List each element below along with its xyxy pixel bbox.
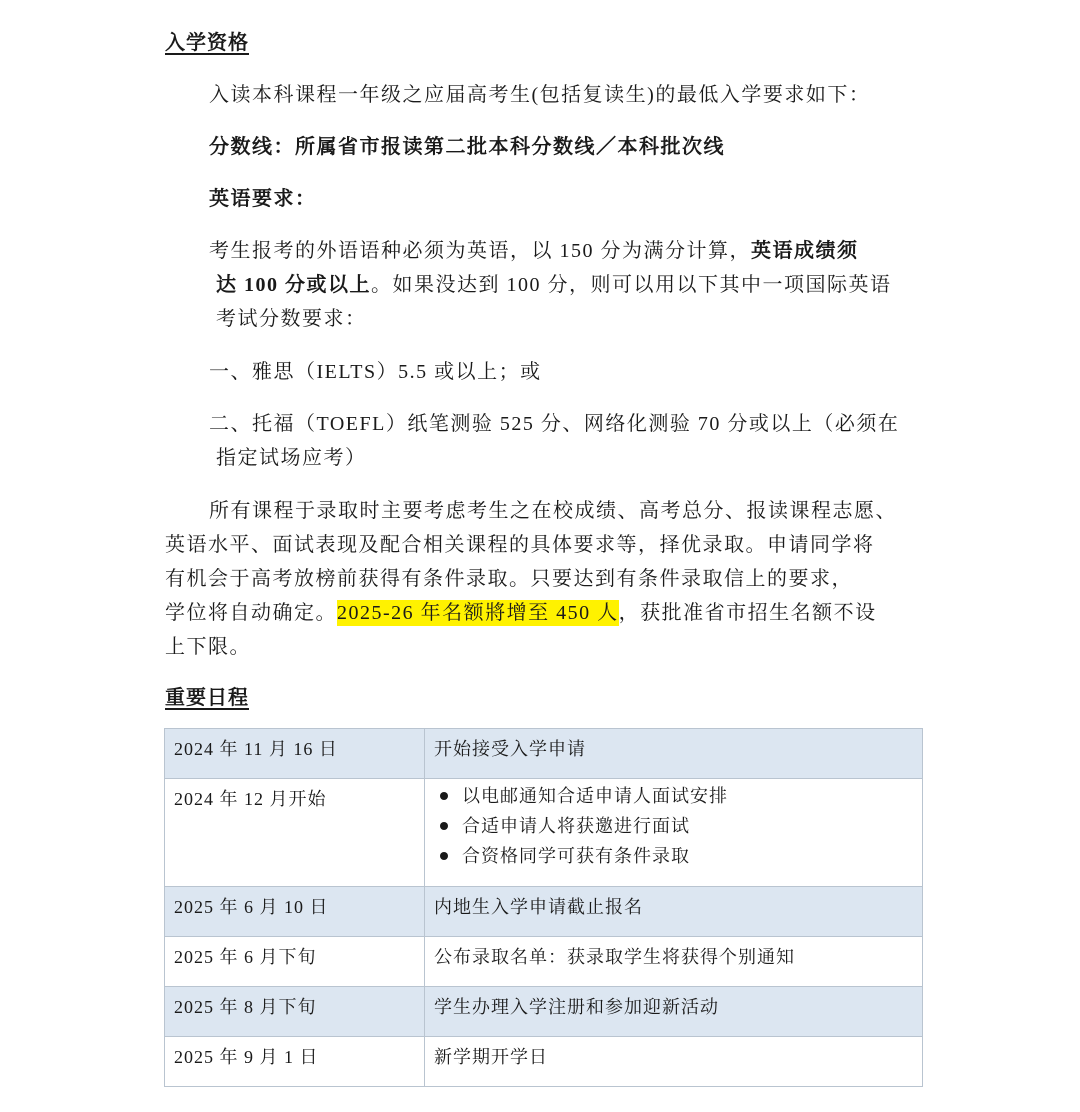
event-bullet-list: 以电邮通知合适申请人面试安排 合适申请人将获邀进行面试 合资格同学可获有条件录取 bbox=[434, 785, 914, 875]
table-row: 2025 年 6 月下旬 公布录取名单：获录取学生将获得个别通知 bbox=[165, 937, 923, 987]
schedule-date: 2024 年 11 月 16 日 bbox=[165, 729, 425, 779]
schedule-event: 内地生入学申请截止报名 bbox=[425, 887, 923, 937]
paragraph-text: ，获批准省市招生名额不设 bbox=[619, 602, 877, 624]
score-line-text: 分数线：所属省市报读第二批本科分数线／本科批次线 bbox=[209, 130, 725, 159]
admission-paragraph-line-5: 上下限。 bbox=[165, 630, 251, 659]
toefl-requirement-line-2: 指定试场应考） bbox=[216, 441, 367, 470]
admission-paragraph-line-2: 英语水平、面试表现及配合相关课程的具体要求等，择优录取。申请同学将 bbox=[165, 528, 875, 557]
toefl-requirement-line-1: 二、托福（TOEFL）纸笔测验 525 分、网络化测验 70 分或以上（必须在 bbox=[209, 407, 899, 436]
english-score-bold: 达 100 分或以上 bbox=[216, 274, 371, 296]
list-item: 合资格同学可获有条件录取 bbox=[434, 845, 914, 875]
admission-paragraph-line-3: 有机会于高考放榜前获得有条件录取。只要达到有条件录取信上的要求， bbox=[165, 562, 853, 591]
ielts-requirement: 一、雅思（IELTS）5.5 或以上；或 bbox=[209, 355, 542, 384]
schedule-event: 学生办理入学注册和参加迎新活动 bbox=[425, 987, 923, 1037]
table-row: 2025 年 6 月 10 日 内地生入学申请截止报名 bbox=[165, 887, 923, 937]
bullet-icon bbox=[440, 852, 448, 860]
schedule-date: 2025 年 6 月 10 日 bbox=[165, 887, 425, 937]
bullet-text: 合资格同学可获有条件录取 bbox=[462, 846, 690, 866]
schedule-date: 2025 年 9 月 1 日 bbox=[165, 1037, 425, 1087]
intro-text: 入读本科课程一年级之应届高考生(包括复读生)的最低入学要求如下： bbox=[209, 78, 870, 107]
bullet-text: 以电邮通知合适申请人面试安排 bbox=[462, 786, 728, 806]
schedule-date: 2025 年 8 月下旬 bbox=[165, 987, 425, 1037]
quota-highlight: 2025-26 年名额將增至 450 人 bbox=[337, 600, 619, 626]
schedule-date: 2024 年 12 月开始 bbox=[165, 779, 425, 887]
section-heading-admission: 入学资格 bbox=[165, 26, 249, 55]
schedule-date: 2025 年 6 月下旬 bbox=[165, 937, 425, 987]
paragraph-text: 学位将自动确定。 bbox=[165, 602, 337, 624]
admission-paragraph-line-1: 所有课程于录取时主要考虑考生之在校成绩、高考总分、报读课程志愿、 bbox=[209, 494, 897, 523]
table-row: 2025 年 9 月 1 日 新学期开学日 bbox=[165, 1037, 923, 1087]
english-text-normal: 考生报考的外语语种必须为英语，以 150 分为满分计算， bbox=[209, 240, 751, 262]
schedule-table: 2024 年 11 月 16 日 开始接受入学申请 2024 年 12 月开始 … bbox=[164, 728, 923, 1087]
english-requirement-line-1: 考生报考的外语语种必须为英语，以 150 分为满分计算，英语成绩须 bbox=[209, 234, 859, 263]
schedule-event: 新学期开学日 bbox=[425, 1037, 923, 1087]
admission-paragraph-line-4: 学位将自动确定。2025-26 年名额將增至 450 人，获批准省市招生名额不设 bbox=[165, 596, 877, 625]
english-requirement-title: 英语要求： bbox=[209, 182, 317, 211]
table-row: 2024 年 11 月 16 日 开始接受入学申请 bbox=[165, 729, 923, 779]
english-requirement-line-2: 达 100 分或以上。如果没达到 100 分，则可以用以下其中一项国际英语 bbox=[216, 268, 892, 297]
bullet-icon bbox=[440, 822, 448, 830]
table-row: 2025 年 8 月下旬 学生办理入学注册和参加迎新活动 bbox=[165, 987, 923, 1037]
document-page: 入学资格 入读本科课程一年级之应届高考生(包括复读生)的最低入学要求如下： 分数… bbox=[0, 0, 1080, 1112]
bullet-text: 合适申请人将获邀进行面试 bbox=[462, 816, 690, 836]
schedule-event: 公布录取名单：获录取学生将获得个别通知 bbox=[425, 937, 923, 987]
section-heading-schedule: 重要日程 bbox=[165, 681, 249, 710]
schedule-event: 以电邮通知合适申请人面试安排 合适申请人将获邀进行面试 合资格同学可获有条件录取 bbox=[425, 779, 923, 887]
english-text-bold: 英语成绩须 bbox=[751, 240, 859, 262]
schedule-event: 开始接受入学申请 bbox=[425, 729, 923, 779]
english-requirement-line-3: 考试分数要求： bbox=[216, 302, 367, 331]
english-text-rest: 。如果没达到 100 分，则可以用以下其中一项国际英语 bbox=[371, 274, 892, 296]
list-item: 合适申请人将获邀进行面试 bbox=[434, 815, 914, 845]
list-item: 以电邮通知合适申请人面试安排 bbox=[434, 785, 914, 815]
table-row: 2024 年 12 月开始 以电邮通知合适申请人面试安排 合适申请人将获邀进行面… bbox=[165, 779, 923, 887]
bullet-icon bbox=[440, 792, 448, 800]
